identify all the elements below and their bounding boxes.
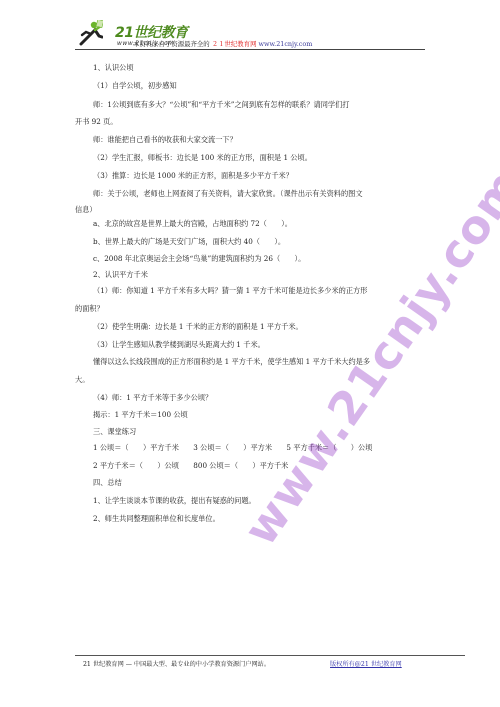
text-line: 懂得以这么长线段围成的正方形面积约是 1 平方千米，使学生感知 1 平方千米大约… bbox=[93, 357, 370, 366]
text-line: 师：1公顷到底有多大？“公顷”和“平方千米”之间到底有怎样的联系？请同学们打 bbox=[93, 100, 349, 109]
text-line: 揭示：1 平方千米＝100 公顷 bbox=[93, 410, 188, 419]
text-line: 师：谁能把自己看书的收获和大家交流一下？ bbox=[93, 135, 237, 144]
header-note-brand: ２１世纪教育网 bbox=[212, 40, 257, 48]
text-line: （3）推算：边长是 1000 米的正方形，面积是多少平方千米？ bbox=[93, 171, 293, 180]
text-line: 2、认识平方千米 bbox=[93, 270, 148, 279]
text-line: 师：关于公顷，老师也上网查阅了有关资料，请大家欣赏。（课件出示有关资料的图文 bbox=[93, 189, 363, 198]
header-note-prefix: 本资料来自于资源最齐全的 bbox=[133, 40, 210, 48]
text-line: 1、让学生谈谈本节课的收获，提出有疑惑的问题。 bbox=[93, 496, 256, 505]
footer-tagline: 21 世纪教育网 — 中国最大型、最专业的中小学教育资源门户网站。 bbox=[83, 659, 270, 668]
text-line: （1）师：你知道 1 平方千米有多大吗？猜一猜 1 平方千米可能是边长多少米的正… bbox=[93, 286, 367, 295]
document-page: 21世纪教育 www.21cnjy.com 本资料来自于资源最齐全的 ２１世纪教… bbox=[0, 0, 500, 707]
text-line: （2）使学生明确：边长是 1 千米的正方形的面积是 1 平方千米。 bbox=[93, 322, 303, 331]
text-line: （1）自学公顷，初步感知 bbox=[93, 81, 177, 90]
footer-copyright-link[interactable]: 版权所有@21 世纪教育网 bbox=[330, 659, 402, 668]
text-line: （2）学生汇报，师板书：边长是 100 米的正方形，面积是 1 公顷。 bbox=[93, 153, 312, 162]
header-note-site-link[interactable]: www.21cnjy.com bbox=[259, 40, 313, 48]
text-line: 大。 bbox=[75, 375, 89, 384]
text-line: 1、认识公顷 bbox=[93, 63, 134, 72]
text-line: 信息） bbox=[75, 205, 97, 214]
text-line: 三、课堂练习 bbox=[93, 427, 136, 436]
text-line: 四、总结 bbox=[93, 478, 122, 487]
footer-divider bbox=[75, 655, 465, 656]
text-line: 开书 92 页。 bbox=[75, 117, 117, 126]
text-line: 2、师生共同整理面积单位和长度单位。 bbox=[93, 514, 220, 523]
text-line: 的面积？ bbox=[75, 304, 104, 313]
header-divider bbox=[75, 49, 425, 50]
runner-logo-icon bbox=[79, 20, 103, 48]
text-line: b、世界上最大的广场是天安门广场，面积大约 40（ ）。 bbox=[93, 237, 285, 246]
text-line: （4）师：1 平方千米等于多少公顷？ bbox=[93, 393, 212, 402]
text-line: （3）让学生感知从教学楼到湖尽头距离大约 1 千米。 bbox=[93, 340, 265, 349]
text-line: 2 平方千米＝（ ）公顷 800 公顷＝（ ）平方千米 bbox=[93, 461, 288, 470]
text-line: c、2008 年北京奥运会主会场“鸟巢”的建筑面积约为 26（ ）。 bbox=[93, 254, 305, 263]
page-header: 21世纪教育 www.21cnjy.com bbox=[75, 14, 425, 54]
text-line: a、北京的故宫是世界上最大的宫殿，占地面积约 72（ ）。 bbox=[93, 219, 292, 228]
header-source-note: 本资料来自于资源最齐全的 ２１世纪教育网 www.21cnjy.com bbox=[133, 39, 312, 48]
